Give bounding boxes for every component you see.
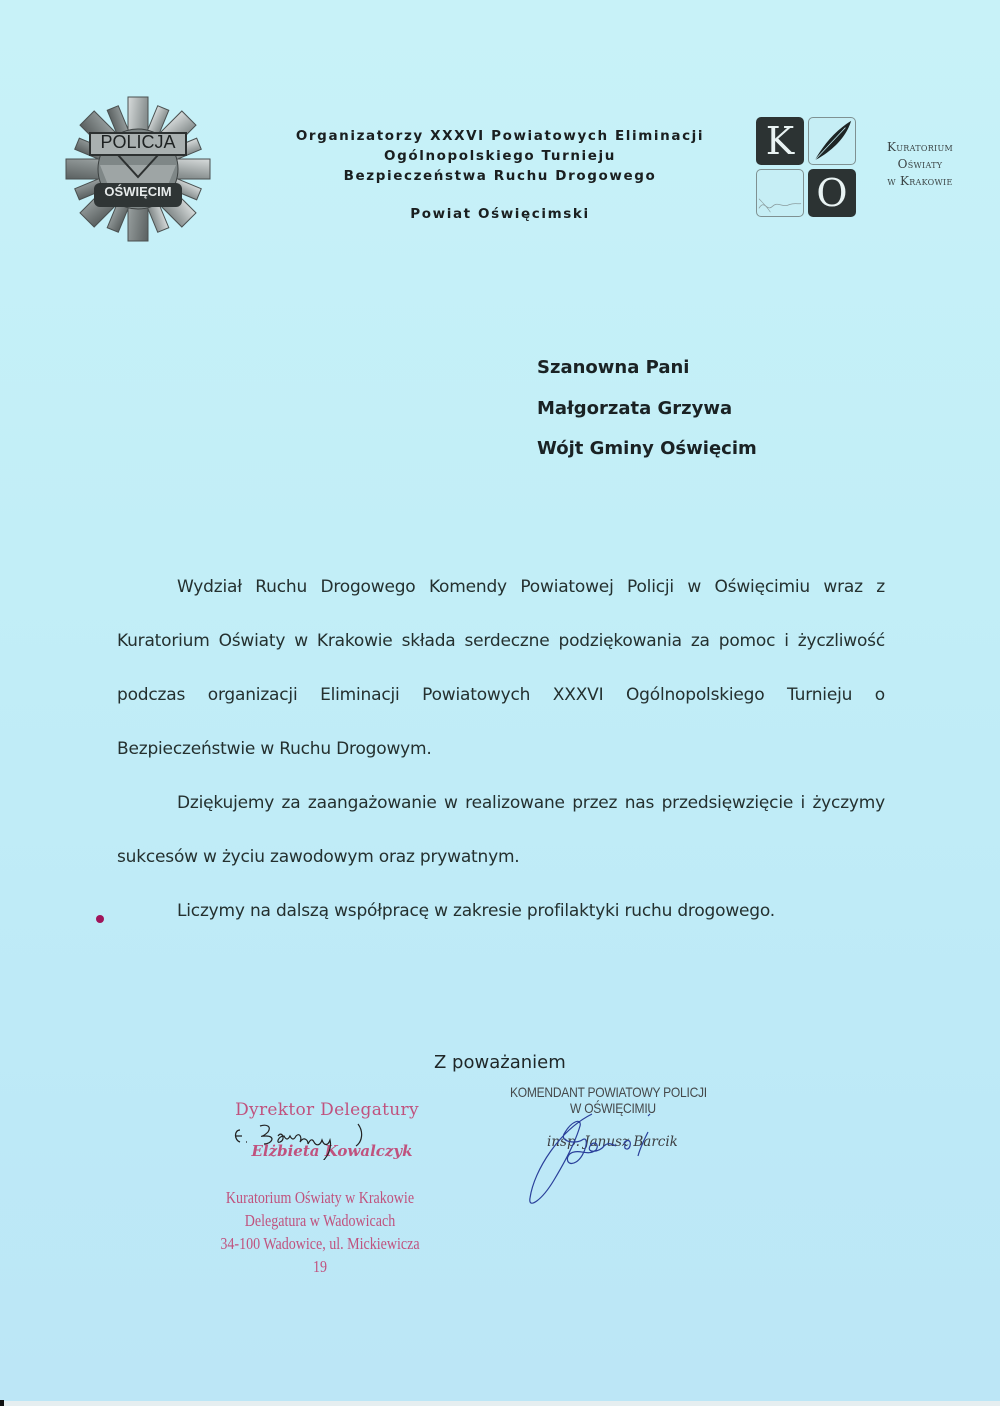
paper-scribble-icon — [756, 169, 804, 217]
letter-header: Organizatorzy XXXVI Powiatowych Eliminac… — [280, 126, 720, 224]
body-paragraph-3: Liczymy na dalszą współpracę w zakresie … — [117, 884, 885, 938]
header-line-2: Ogólnopolskiego Turnieju — [280, 146, 720, 166]
scan-edge-mark — [0, 1400, 4, 1406]
body-paragraph-2: Dziękujemy za zaangażowanie w realizowan… — [117, 776, 885, 884]
ink-dot — [96, 915, 104, 923]
ko-letter-o: O — [808, 169, 856, 217]
addressee-position: Wójt Gminy Oświęcim — [537, 429, 757, 470]
handwritten-signature-left-icon — [232, 1118, 412, 1160]
badge-top-label: POLICJA — [100, 132, 175, 152]
header-line-1: Organizatorzy XXXVI Powiatowych Eliminac… — [280, 126, 720, 146]
body-paragraph-1: Wydział Ruchu Drogowego Komendy Powiatow… — [117, 560, 885, 776]
handwritten-signature-right-icon — [520, 1100, 720, 1210]
kuratorium-logo: K O Kuratorium Oświaty w Krakowie — [754, 115, 964, 221]
addressee-name: Małgorzata Grzywa — [537, 389, 757, 430]
ko-letter-k: K — [756, 117, 804, 165]
header-county: Powiat Oświęcimski — [280, 204, 720, 224]
badge-bottom-label: OŚWIĘCIM — [104, 184, 171, 199]
right-signatory-title-1: KOMENDANT POWIATOWY POLICJI — [510, 1084, 716, 1100]
addressee-block: Szanowna Pani Małgorzata Grzywa Wójt Gmi… — [537, 348, 757, 470]
kuratorium-name: Kuratorium Oświaty w Krakowie — [870, 139, 970, 190]
left-signatory-title: Dyrektor Delegatury — [214, 1100, 440, 1120]
left-stamp-address: Kuratorium Oświaty w Krakowie Delegatura… — [218, 1186, 422, 1278]
police-badge-logo: POLICJA OŚWIĘCIM — [58, 93, 218, 243]
letter-body: Wydział Ruchu Drogowego Komendy Powiatow… — [117, 560, 885, 938]
addressee-salutation: Szanowna Pani — [537, 348, 757, 389]
closing-phrase: Z poważaniem — [434, 1052, 566, 1073]
header-line-3: Bezpieczeństwa Ruchu Drogowego — [280, 166, 720, 186]
police-star-badge-icon: POLICJA OŚWIĘCIM — [58, 93, 218, 243]
quill-icon — [808, 117, 856, 165]
page-bottom-edge — [0, 1401, 1000, 1406]
